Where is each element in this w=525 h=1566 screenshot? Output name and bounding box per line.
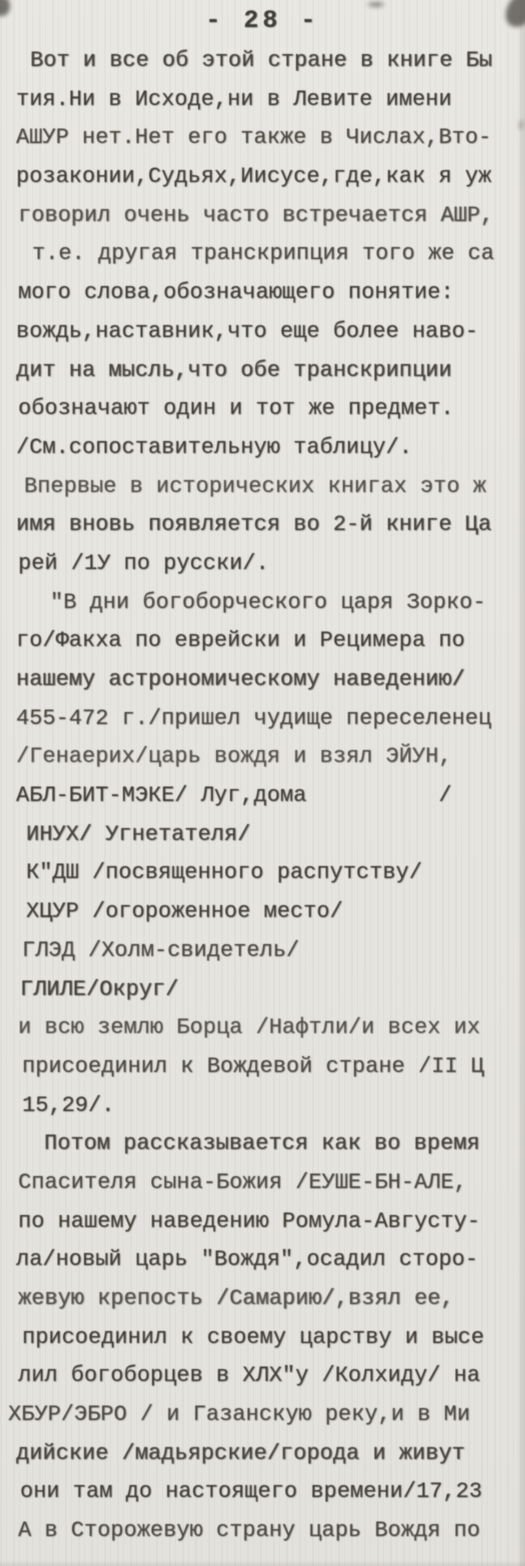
text-line: тия.Ни в Исходе,ни в Левите имени (0, 81, 525, 120)
text-line: лил богоборцев в ХЛХ"у /Колхиду/ на (0, 1357, 525, 1396)
text-line: ИНУХ/ Угнетателя/ (0, 816, 525, 855)
page-number: - 28 - (0, 6, 525, 35)
text-line: /См.сопоставительную таблицу/. (0, 429, 525, 468)
text-line: Впервые в исторических книгах это ж (0, 468, 525, 507)
text-line: вождь,наставник,что еще более наво- (0, 313, 525, 352)
text-line: ГЛЭД /Холм-свидетель/ (0, 932, 525, 971)
text-line: они там до настоящего времени/17,23 (0, 1473, 525, 1512)
text-line: "В дни богоборческого царя Зорко- (0, 584, 525, 623)
text-line: говорил очень часто встречается АШР, (0, 197, 525, 236)
text-line: присоединил к своему царству и высе (0, 1319, 525, 1358)
text-line: ХБУР/ЭБРО / и Газанскую реку,и в Ми (0, 1396, 525, 1435)
text-line: ХЦУР /огороженное место/ (0, 893, 525, 932)
text-line: 455-472 г./пришел чудище переселенец (0, 700, 525, 739)
text-line: 15,29/. (0, 1087, 525, 1126)
text-line: розаконии,Судьях,Иисусе,где,как я уж (0, 158, 525, 197)
text-line: и всю землю Борца /Нафтли/и всех их (0, 1009, 525, 1048)
text-line: Потом рассказывается как во время (0, 1125, 525, 1164)
text-line: АБЛ-БИТ-МЭКЕ/ Луг,дома / (0, 777, 525, 816)
text-line: т.е. другая транскрипция того же са (0, 235, 525, 274)
scan-edge-shadow-right (517, 0, 525, 1566)
text-line: Вот и все об этой стране в книге Бы (0, 42, 525, 81)
scanned-document-page: - 28 - Вот и все об этой стране в книге … (0, 0, 525, 1566)
text-line: имя вновь появляется во 2-й книге Ца (0, 506, 525, 545)
text-line: по нашему наведению Ромула-Августу- (0, 1203, 525, 1242)
text-line: го/Факха по еврейски и Рецимера по (0, 622, 525, 661)
text-line: ла/новый царь "Вождя",осадил сторо- (0, 1241, 525, 1280)
text-line: ГЛИЛЕ/Округ/ (0, 971, 525, 1010)
text-line: дит на мысль,что обе транскрипции (0, 352, 525, 391)
text-line: АШУР нет.Нет его также в Числах,Вто- (0, 119, 525, 158)
typewritten-text-body: Вот и все об этой стране в книге Бытия.Н… (0, 42, 525, 1551)
text-line: мого слова,обозначающего понятие: (0, 274, 525, 313)
text-line: А в Сторожевую страну царь Вождя по (0, 1512, 525, 1551)
text-line: К"ДШ /посвященного распутству/ (0, 854, 525, 893)
text-line: /Генаерих/царь вождя и взял ЭЙУН, (0, 738, 525, 777)
text-line: рей /1У по русски/. (0, 545, 525, 584)
scan-smudge-top-center (368, 2, 384, 7)
scan-edge-shadow-bottom (0, 1560, 525, 1566)
text-line: дийские /мадьярские/города и живут (0, 1435, 525, 1474)
text-line: жевую крепость /Самарию/,взял ее, (0, 1280, 525, 1319)
text-line: обозначают один и тот же предмет. (0, 390, 525, 429)
text-line: нашему астрономическому наведению/ (0, 661, 525, 700)
text-line: присоединил к Вождевой стране /II Ц (0, 1048, 525, 1087)
text-line: Спасителя сына-Божия /ЕУШЕ-БН-АЛЕ, (0, 1164, 525, 1203)
